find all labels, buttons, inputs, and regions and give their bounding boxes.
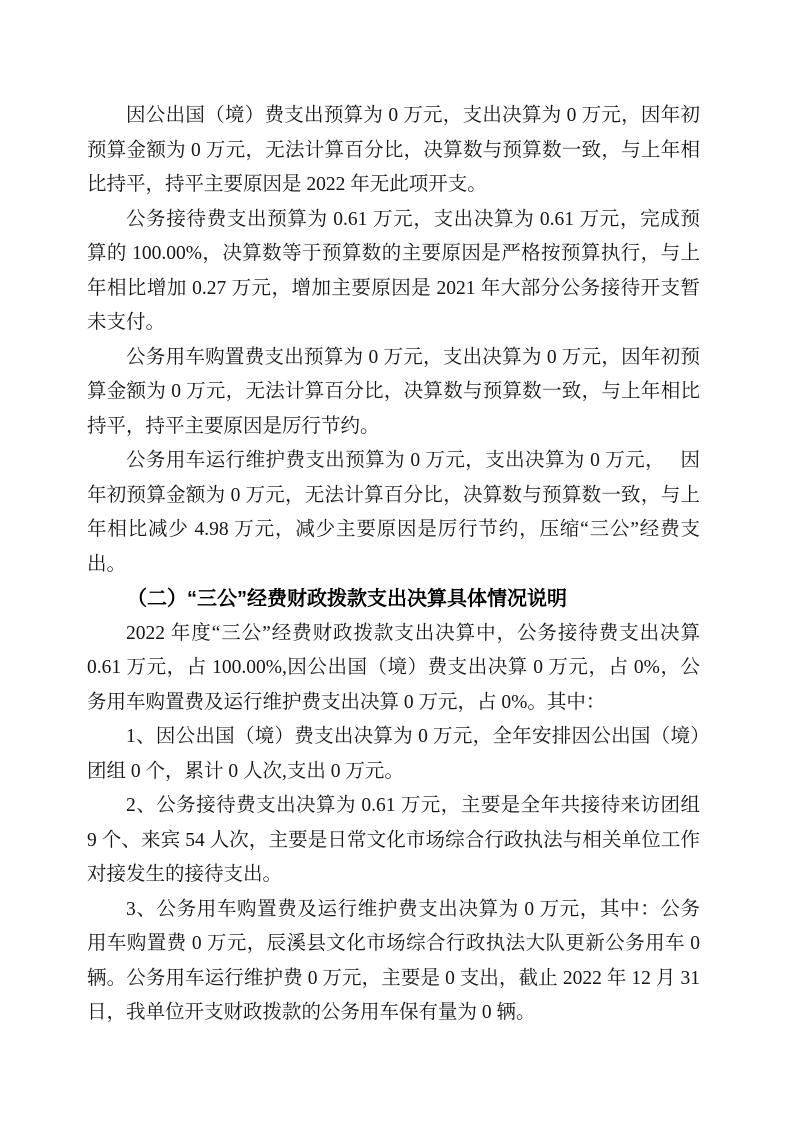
document-page: 因公出国（境）费支出预算为 0 万元，支出决算为 0 万元，因年初预算金额为 0… (0, 0, 793, 1122)
para-item-2-official-reception: 2、公务接待费支出决算为 0.61 万元，主要是全年共接待来访团组 9 个、来宾… (87, 789, 700, 893)
para-official-reception-budget: 公务接待费支出预算为 0.61 万元，支出决算为 0.61 万元，完成预算的 1… (87, 203, 700, 341)
para-vehicle-maintenance-budget: 公务用车运行维护费支出预算为 0 万元，支出决算为 0 万元， 因年初预算金额为… (87, 444, 700, 582)
para-outbound-travel-budget: 因公出国（境）费支出预算为 0 万元，支出决算为 0 万元，因年初预算金额为 0… (87, 99, 700, 203)
para-item-1-outbound-travel: 1、因公出国（境）费支出决算为 0 万元，全年安排因公出国（境）团组 0 个，累… (87, 720, 700, 789)
para-item-3-vehicle-purchase-maintenance: 3、公务用车购置费及运行维护费支出决算为 0 万元，其中：公务用车购置费 0 万… (87, 893, 700, 1031)
document-body-text: 因公出国（境）费支出预算为 0 万元，支出决算为 0 万元，因年初预算金额为 0… (87, 99, 700, 1031)
para-2022-expense-summary: 2022 年度“三公”经费财政拨款支出决算中，公务接待费支出决算 0.61 万元… (87, 617, 700, 721)
para-vehicle-purchase-budget: 公务用车购置费支出预算为 0 万元，支出决算为 0 万元，因年初预算金额为 0 … (87, 341, 700, 445)
section-heading-three-public-expenses-detail: （二）“三公”经费财政拨款支出决算具体情况说明 (87, 582, 700, 617)
